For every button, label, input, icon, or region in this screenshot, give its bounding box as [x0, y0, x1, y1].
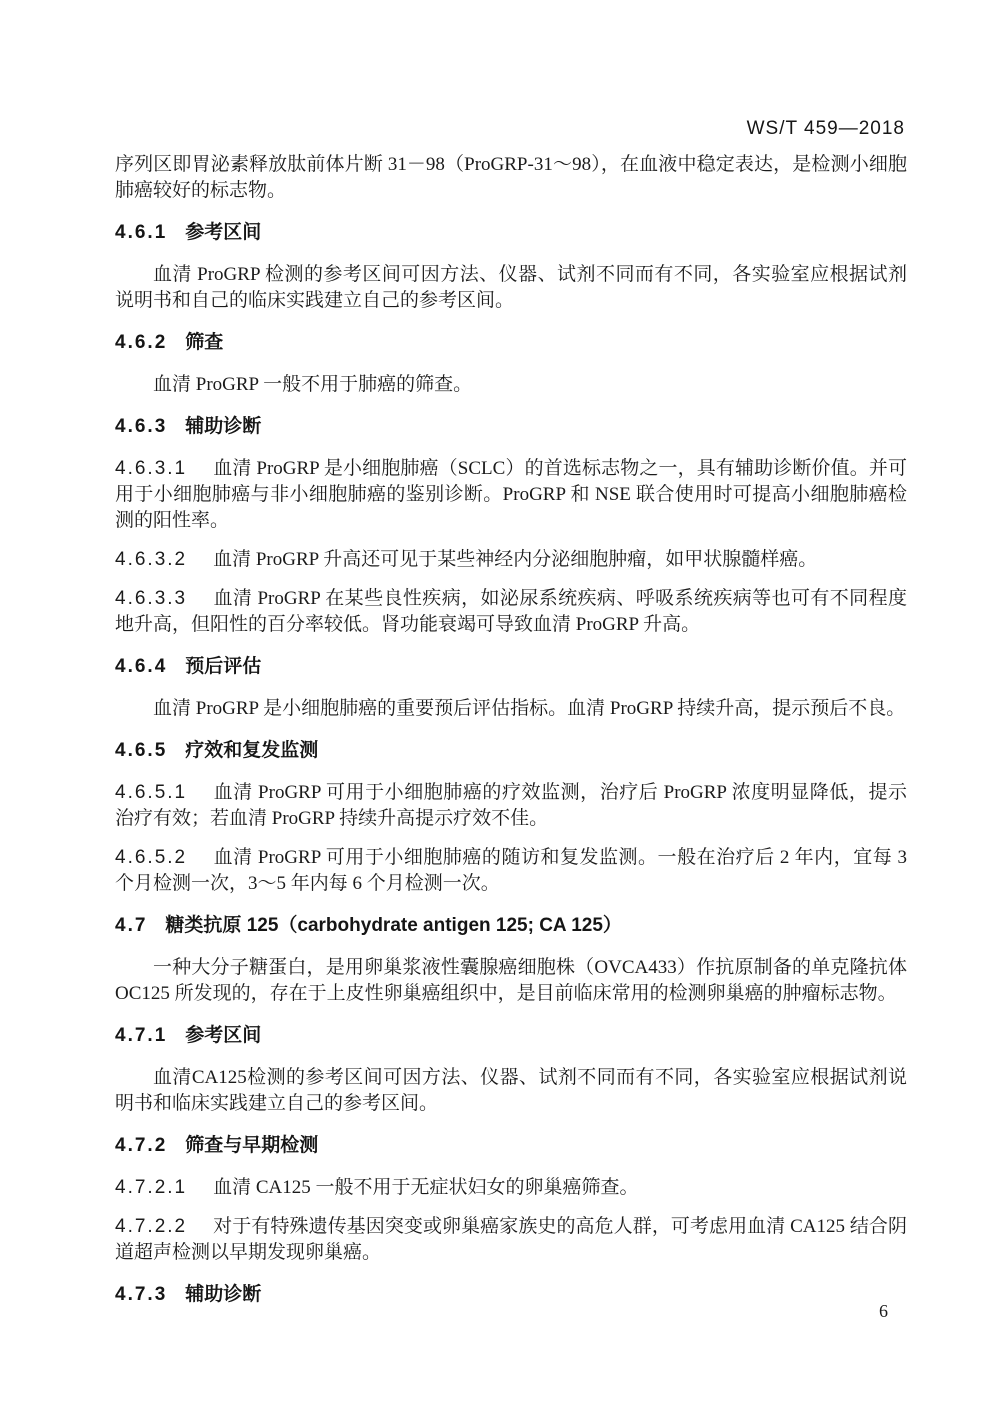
numbered-clause: 4.6.5.2血清 ProGRP 可用于小细胞肺癌的随访和复发监测。一般在治疗后…	[115, 845, 907, 897]
section-number: 4.7	[115, 915, 147, 936]
section-title: 辅助诊断	[185, 416, 261, 437]
section-number: 4.7.1	[115, 1025, 167, 1046]
section-heading: 4.7.1参考区间	[115, 1023, 907, 1049]
clause-number: 4.6.3.3	[115, 588, 187, 609]
clause-text: 血清 ProGRP 升高还可见于某些神经内分泌细胞肿瘤，如甲状腺髓样癌。	[213, 549, 817, 570]
paragraph: 血清 ProGRP 一般不用于肺癌的筛查。	[115, 372, 907, 398]
page-footer: 6	[879, 1301, 888, 1322]
numbered-clause: 4.6.3.2血清 ProGRP 升高还可见于某些神经内分泌细胞肿瘤，如甲状腺髓…	[115, 547, 907, 573]
clause-number: 4.6.5.1	[115, 782, 187, 803]
section-number: 4.6.4	[115, 656, 167, 677]
section-heading: 4.7.3辅助诊断	[115, 1282, 907, 1308]
clause-text: 血清 ProGRP 在某些良性疾病，如泌尿系统疾病、呼吸系统疾病等也可有不同程度…	[115, 588, 907, 635]
clause-text: 血清 CA125 一般不用于无症状妇女的卵巢癌筛查。	[213, 1177, 638, 1198]
paragraph: 血清CA125检测的参考区间可因方法、仪器、试剂不同而有不同，各实验室应根据试剂…	[115, 1065, 907, 1117]
paragraph: 血清 ProGRP 是小细胞肺癌的重要预后评估指标。血清 ProGRP 持续升高…	[115, 696, 907, 722]
section-title: 预后评估	[185, 656, 261, 677]
document-content: 序列区即胃泌素释放肽前体片断 31－98（ProGRP-31～98），在血液中稳…	[115, 152, 907, 1324]
section-title: 筛查	[185, 332, 223, 353]
section-heading: 4.6.3辅助诊断	[115, 414, 907, 440]
section-number: 4.7.3	[115, 1284, 167, 1305]
section-heading: 4.6.5疗效和复发监测	[115, 738, 907, 764]
paragraph: 序列区即胃泌素释放肽前体片断 31－98（ProGRP-31～98），在血液中稳…	[115, 152, 907, 204]
clause-text: 血清 ProGRP 是小细胞肺癌（SCLC）的首选标志物之一，具有辅助诊断价值。…	[115, 458, 907, 531]
clause-number: 4.7.2.2	[115, 1216, 187, 1237]
clause-text: 血清 ProGRP 可用于小细胞肺癌的随访和复发监测。一般在治疗后 2 年内，宜…	[115, 847, 907, 894]
section-heading: 4.6.4预后评估	[115, 654, 907, 680]
document-page: WS/T 459—2018 序列区即胃泌素释放肽前体片断 31－98（ProGR…	[0, 0, 1000, 1414]
numbered-clause: 4.6.5.1血清 ProGRP 可用于小细胞肺癌的疗效监测，治疗后 ProGR…	[115, 780, 907, 832]
clause-text: 血清 ProGRP 可用于小细胞肺癌的疗效监测，治疗后 ProGRP 浓度明显降…	[115, 782, 907, 829]
section-heading: 4.6.1参考区间	[115, 220, 907, 246]
page-number: 6	[879, 1301, 888, 1321]
numbered-clause: 4.7.2.1血清 CA125 一般不用于无症状妇女的卵巢癌筛查。	[115, 1175, 907, 1201]
section-number: 4.6.1	[115, 222, 167, 243]
section-title: 参考区间	[185, 222, 261, 243]
section-title: 辅助诊断	[185, 1284, 261, 1305]
section-number: 4.6.2	[115, 332, 167, 353]
clause-number: 4.6.3.1	[115, 458, 187, 479]
clause-number: 4.6.5.2	[115, 847, 187, 868]
clause-text: 对于有特殊遗传基因突变或卵巢癌家族史的高危人群，可考虑用血清 CA125 结合阴…	[115, 1216, 907, 1263]
section-heading: 4.7糖类抗原 125（carbohydrate antigen 125; CA…	[115, 913, 907, 939]
section-number: 4.6.5	[115, 740, 167, 761]
section-title: 疗效和复发监测	[185, 740, 318, 761]
section-title: 糖类抗原 125（carbohydrate antigen 125; CA 12…	[165, 915, 622, 936]
section-number: 4.6.3	[115, 416, 167, 437]
numbered-clause: 4.6.3.3血清 ProGRP 在某些良性疾病，如泌尿系统疾病、呼吸系统疾病等…	[115, 586, 907, 638]
document-header: WS/T 459—2018	[115, 118, 905, 140]
section-title: 参考区间	[185, 1025, 261, 1046]
section-heading: 4.7.2筛查与早期检测	[115, 1133, 907, 1159]
paragraph: 血清 ProGRP 检测的参考区间可因方法、仪器、试剂不同而有不同，各实验室应根…	[115, 262, 907, 314]
section-heading: 4.6.2筛查	[115, 330, 907, 356]
numbered-clause: 4.7.2.2对于有特殊遗传基因突变或卵巢癌家族史的高危人群，可考虑用血清 CA…	[115, 1214, 907, 1266]
paragraph: 一种大分子糖蛋白，是用卵巢浆液性囊腺癌细胞株（OVCA433）作抗原制备的单克隆…	[115, 955, 907, 1007]
section-title: 筛查与早期检测	[185, 1135, 318, 1156]
clause-number: 4.7.2.1	[115, 1177, 187, 1198]
numbered-clause: 4.6.3.1血清 ProGRP 是小细胞肺癌（SCLC）的首选标志物之一，具有…	[115, 456, 907, 534]
clause-number: 4.6.3.2	[115, 549, 187, 570]
standard-number: WS/T 459—2018	[747, 118, 905, 139]
section-number: 4.7.2	[115, 1135, 167, 1156]
